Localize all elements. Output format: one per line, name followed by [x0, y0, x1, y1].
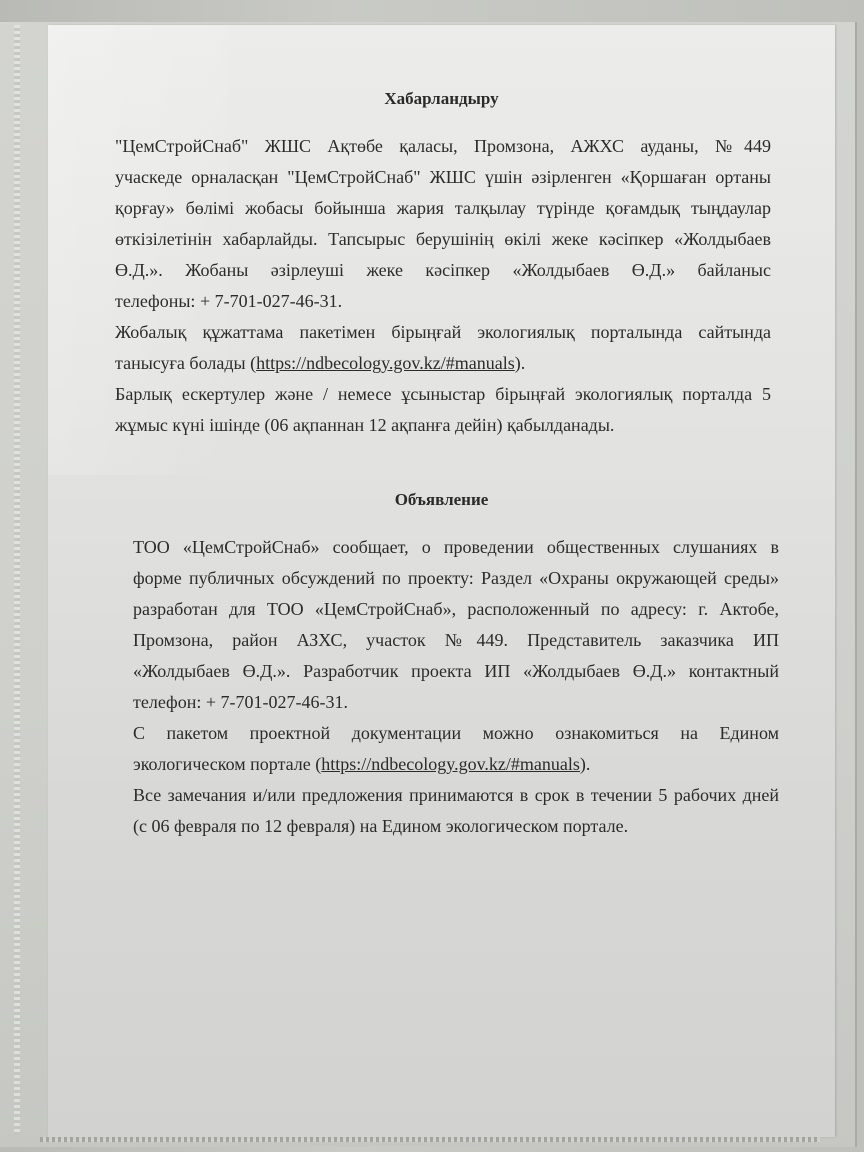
kazakh-p1-line-1: "ЦемСтройСнаб" ЖШС Ақтөбе қаласы, Промзо… [115, 131, 771, 162]
russian-p2-suffix: ). [580, 754, 591, 774]
russian-p2-prefix: экологическом портале ( [133, 754, 321, 774]
kazakh-p1-line-6: телефоны: + 7-701-027-46-31. [115, 286, 771, 317]
kazakh-p2-suffix: ). [515, 353, 526, 373]
kazakh-title: Хабарландыру [48, 89, 835, 109]
russian-p1-line-5: «Жолдыбаев Ө.Д.». Разработчик проекта ИП… [133, 656, 779, 687]
kazakh-p3-line-1: Барлық ескертулер және / немесе ұсыныста… [115, 379, 771, 410]
kazakh-p2-line-1: Жобалық құжаттама пакетімен бірыңғай эко… [115, 317, 771, 348]
russian-p1-line-4: Промзона, район АЗХС, участок №449. Пред… [133, 625, 779, 656]
russian-title: Объявление [48, 490, 835, 510]
russian-p3-line-1: Все замечания и/или предложения принимаю… [133, 780, 779, 811]
kazakh-p2-line-2: танысуға болады (https://ndbecology.gov.… [115, 348, 771, 379]
kazakh-p1-line-4: өткізілетінін хабарлайды. Тапсырыс беруш… [115, 224, 771, 255]
kazakh-p1-line-3: қорғау» бөлімі жобасы бойынша жария талқ… [115, 193, 771, 224]
sleeve-punch-holes [14, 25, 20, 1135]
russian-p2-line-2: экологическом портале (https://ndbecolog… [133, 749, 779, 780]
kazakh-section: "ЦемСтройСнаб" ЖШС Ақтөбе қаласы, Промзо… [115, 131, 771, 441]
russian-section: ТОО «ЦемСтройСнаб» сообщает, о проведени… [133, 532, 779, 842]
kazakh-p3-line-2: жұмыс күні ішінде (06 ақпаннан 12 ақпанғ… [115, 410, 771, 441]
russian-p1-line-2: форме публичных обсуждений по проекту: Р… [133, 563, 779, 594]
russian-p1-line-6: телефон: + 7-701-027-46-31. [133, 687, 779, 718]
russian-portal-link[interactable]: https://ndbecology.gov.kz/#manuals [321, 754, 580, 774]
russian-p3-line-2: (с 06 февраля по 12 февраля) на Едином э… [133, 811, 779, 842]
kazakh-p2-prefix: танысуға болады ( [115, 353, 256, 373]
russian-p1-line-3: разработан для ТОО «ЦемСтройСнаб», распо… [133, 594, 779, 625]
notice-paper: Хабарландыру "ЦемСтройСнаб" ЖШС Ақтөбе қ… [48, 25, 835, 1137]
russian-p2-line-1: С пакетом проектной документации можно о… [133, 718, 779, 749]
kazakh-p1-line-5: Ө.Д.». Жобаны әзірлеуші жеке кәсіпкер «Ж… [115, 255, 771, 286]
sleeve-bottom-seam [40, 1137, 820, 1142]
kazakh-p1-line-2: учаскеде орналасқан "ЦемСтройСнаб" ЖШС ү… [115, 162, 771, 193]
russian-p1-line-1: ТОО «ЦемСтройСнаб» сообщает, о проведени… [133, 532, 779, 563]
kazakh-portal-link[interactable]: https://ndbecology.gov.kz/#manuals [256, 353, 515, 373]
